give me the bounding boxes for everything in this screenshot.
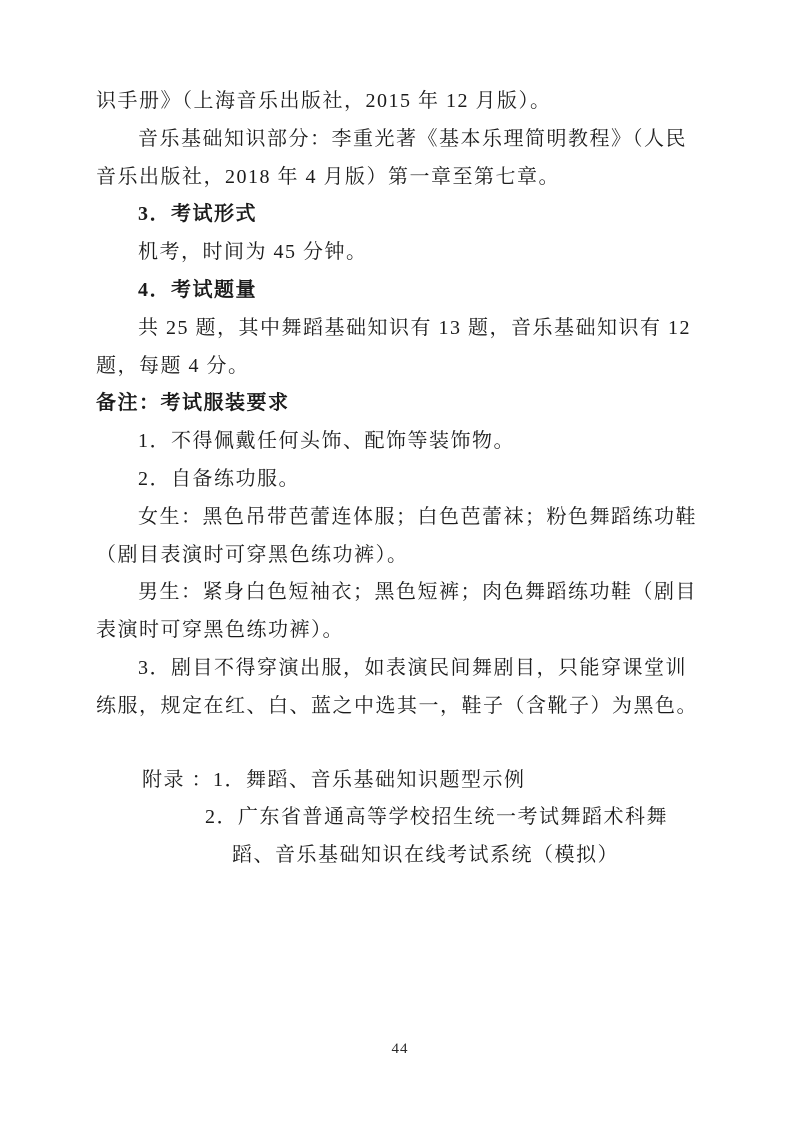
document-page: 识手册》（上海音乐出版社，2015 年 12 月版）。 音乐基础知识部分：李重光… — [0, 0, 800, 1131]
body-line: 共 25 题，其中舞蹈基础知识有 13 题，音乐基础知识有 12 — [96, 310, 706, 348]
appendix-line: 附录 ：1．舞蹈、音乐基础知识题型示例 — [96, 762, 706, 800]
body-line: 机考，时间为 45 分钟。 — [96, 234, 706, 272]
body-line: 男生：紧身白色短袖衣；黑色短裤；肉色舞蹈练功鞋（剧目 — [96, 574, 706, 612]
page-number: 44 — [392, 1041, 409, 1057]
body-line: 女生：黑色吊带芭蕾连体服；白色芭蕾袜；粉色舞蹈练功鞋 — [96, 499, 706, 537]
body-line: 练服，规定在红、白、蓝之中选其一，鞋子（含靴子）为黑色。 — [96, 688, 706, 726]
body-line: 题，每题 4 分。 — [96, 348, 706, 386]
section-heading-exam-format: 3．考试形式 — [96, 196, 706, 234]
list-item: 3．剧目不得穿演出服，如表演民间舞剧目，只能穿课堂训 — [96, 650, 706, 688]
list-item: 2．自备练功服。 — [96, 461, 706, 499]
document-body: 识手册》（上海音乐出版社，2015 年 12 月版）。 音乐基础知识部分：李重光… — [0, 0, 800, 875]
appendix-line: 2．广东省普通高等学校招生统一考试舞蹈术科舞 — [96, 799, 706, 837]
body-line: 音乐基础知识部分：李重光著《基本乐理简明教程》（人民 — [96, 121, 706, 159]
list-item: 1．不得佩戴任何头饰、配饰等装饰物。 — [96, 423, 706, 461]
section-heading-question-count: 4．考试题量 — [96, 272, 706, 310]
section-heading-dress-code: 备注：考试服装要求 — [96, 385, 706, 423]
body-line: 表演时可穿黑色练功裤）。 — [96, 612, 706, 650]
body-line: （剧目表演时可穿黑色练功裤）。 — [96, 537, 706, 575]
appendix-line: 蹈、音乐基础知识在线考试系统（模拟） — [96, 837, 706, 875]
body-line: 识手册》（上海音乐出版社，2015 年 12 月版）。 — [96, 83, 706, 121]
body-line: 音乐出版社，2018 年 4 月版）第一章至第七章。 — [96, 159, 706, 197]
page-footer: 44 — [0, 1041, 800, 1058]
